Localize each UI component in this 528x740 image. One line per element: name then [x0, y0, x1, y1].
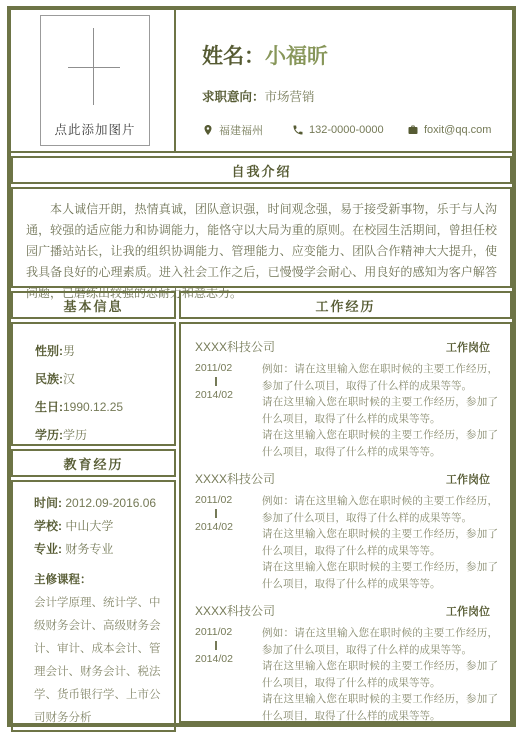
bottom-row: 基本信息 性别:男 民族:汉 生日:1990.12.25 学历:学历 [11, 291, 512, 723]
contact-phone: 132-0000-0000 [292, 124, 407, 136]
field-value: 汉 [63, 372, 75, 386]
basic-info-item: 民族:汉 [35, 365, 166, 393]
self-intro-title: 自我介绍 [11, 156, 512, 184]
field-value: 中山大学 [65, 519, 113, 533]
job-position: 工作岗位 [446, 339, 498, 355]
work-experience-title: 工作经历 [179, 291, 512, 319]
contact-row: 福建福州 132-0000-0000 foxit@qq.com [202, 122, 512, 138]
company-name: XXXX科技公司 [195, 602, 275, 619]
education-section: 时间: 2012.09-2016.06 学校: 中山大学 专业: 财务专业 主修… [11, 480, 176, 732]
header-info: 姓名：小福昕 求职意向：市场营销 福建福州 [176, 10, 512, 151]
job-description: 例如：请在这里输入您在职时候的主要工作经历，参加了什么项目，取得了什么样的成果等… [262, 493, 498, 592]
job-desc-paragraph: 例如：请在这里输入您在职时候的主要工作经历，参加了什么项目，取得了什么样的成果等… [262, 625, 498, 658]
basic-info-item: 性别:男 [35, 337, 166, 365]
field-label: 生日: [35, 400, 63, 414]
field-value: 男 [63, 344, 75, 358]
field-label: 专业: [34, 542, 62, 556]
courses-list: 会计学原理、统计学、中级财务会计、高级财务会计、审计、成本会计、管理会计、财务会… [34, 592, 162, 730]
field-label: 性别: [35, 344, 63, 358]
company-name: XXXX科技公司 [195, 338, 275, 355]
field-value: 1990.12.25 [63, 400, 123, 414]
work-entry-header: XXXX科技公司 工作岗位 [195, 470, 498, 487]
job-position: 工作岗位 [446, 471, 498, 487]
resume-page: 点此添加图片 姓名：小福昕 求职意向：市场营销 福建福州 [0, 0, 528, 740]
job-position: 工作岗位 [446, 603, 498, 619]
work-entry-header: XXXX科技公司 工作岗位 [195, 602, 498, 619]
photo-cell: 点此添加图片 [11, 10, 176, 151]
objective-value: 市场营销 [265, 90, 315, 104]
job-desc-paragraph: 请在这里输入您在职时候的主要工作经历，参加了什么项目，取得了什么样的成果等等。 [262, 658, 498, 691]
contact-email-text: foxit@qq.com [424, 124, 491, 136]
date-to: 2014/02 [195, 520, 247, 534]
name-label: 姓名： [202, 45, 265, 68]
job-description: 例如：请在这里输入您在职时候的主要工作经历，参加了什么项目，取得了什么样的成果等… [262, 361, 498, 460]
field-label: 时间: [34, 496, 62, 510]
field-label: 学校: [34, 519, 62, 533]
date-separator-icon [215, 509, 217, 518]
job-desc-paragraph: 请在这里输入您在职时候的主要工作经历，参加了什么项目，取得了什么样的成果等等。 [262, 394, 498, 427]
contact-phone-text: 132-0000-0000 [309, 124, 384, 136]
phone-icon [292, 124, 304, 136]
name-value: 小福昕 [265, 45, 328, 68]
date-from: 2011/02 [195, 493, 247, 507]
work-experience-section: XXXX科技公司 工作岗位 2011/02 2014/02 例如：请在这里输入您… [179, 322, 512, 723]
education-title: 教育经历 [11, 449, 176, 477]
job-desc-paragraph: 请在这里输入您在职时候的主要工作经历，参加了什么项目，取得了什么样的成果等等。 [262, 691, 498, 723]
courses-label: 主修课程： [34, 569, 162, 592]
job-desc-paragraph: 例如：请在这里输入您在职时候的主要工作经历，参加了什么项目，取得了什么样的成果等… [262, 361, 498, 394]
work-entry: XXXX科技公司 工作岗位 2011/02 2014/02 例如：请在这里输入您… [195, 602, 498, 723]
name-row: 姓名：小福昕 [202, 40, 512, 70]
work-entry-body: 2011/02 2014/02 例如：请在这里输入您在职时候的主要工作经历，参加… [195, 361, 498, 460]
work-entry-body: 2011/02 2014/02 例如：请在这里输入您在职时候的主要工作经历，参加… [195, 493, 498, 592]
header-section: 点此添加图片 姓名：小福昕 求职意向：市场营销 福建福州 [11, 10, 512, 153]
work-entry-header: XXXX科技公司 工作岗位 [195, 338, 498, 355]
location-icon [202, 124, 214, 136]
date-range: 2011/02 2014/02 [195, 361, 247, 460]
right-column: 工作经历 XXXX科技公司 工作岗位 2011/02 2014/02 [179, 291, 512, 723]
field-label: 民族: [35, 372, 63, 386]
basic-info-item: 学历:学历 [35, 421, 166, 449]
photo-upload-placeholder[interactable]: 点此添加图片 [40, 15, 150, 146]
date-to: 2014/02 [195, 652, 247, 666]
left-column: 基本信息 性别:男 民族:汉 生日:1990.12.25 学历:学历 [11, 291, 176, 723]
field-value: 财务专业 [65, 542, 113, 556]
field-label: 学历: [35, 428, 63, 442]
job-desc-paragraph: 请在这里输入您在职时候的主要工作经历，参加了什么项目，取得了什么样的成果等等。 [262, 559, 498, 592]
education-item: 时间: 2012.09-2016.06 [34, 492, 162, 515]
basic-info-item: 生日:1990.12.25 [35, 393, 166, 421]
job-desc-paragraph: 请在这里输入您在职时候的主要工作经历，参加了什么项目，取得了什么样的成果等等。 [262, 526, 498, 559]
self-intro-section: 本人诚信开朗，热情真诚，团队意识强，时间观念强，易于接受新事物，乐于与人沟通，较… [11, 187, 512, 288]
contact-location: 福建福州 [202, 122, 292, 138]
field-value: 学历 [63, 428, 87, 442]
date-from: 2011/02 [195, 625, 247, 639]
date-from: 2011/02 [195, 361, 247, 375]
date-range: 2011/02 2014/02 [195, 493, 247, 592]
briefcase-icon [407, 124, 419, 136]
contact-location-text: 福建福州 [219, 122, 263, 138]
plus-icon [68, 67, 120, 68]
date-separator-icon [215, 641, 217, 650]
work-entry-body: 2011/02 2014/02 例如：请在这里输入您在职时候的主要工作经历，参加… [195, 625, 498, 723]
field-value: 2012.09-2016.06 [65, 496, 156, 510]
job-description: 例如：请在这里输入您在职时候的主要工作经历，参加了什么项目，取得了什么样的成果等… [262, 625, 498, 723]
company-name: XXXX科技公司 [195, 470, 275, 487]
objective-label: 求职意向： [202, 90, 265, 104]
work-entry: XXXX科技公司 工作岗位 2011/02 2014/02 例如：请在这里输入您… [195, 470, 498, 592]
job-desc-paragraph: 例如：请在这里输入您在职时候的主要工作经历，参加了什么项目，取得了什么样的成果等… [262, 493, 498, 526]
photo-upload-label[interactable]: 点此添加图片 [41, 120, 149, 138]
date-to: 2014/02 [195, 388, 247, 402]
objective-row: 求职意向：市场营销 [202, 87, 512, 105]
date-range: 2011/02 2014/02 [195, 625, 247, 723]
education-item: 学校: 中山大学 [34, 515, 162, 538]
education-item: 专业: 财务专业 [34, 538, 162, 561]
resume-frame: 点此添加图片 姓名：小福昕 求职意向：市场营销 福建福州 [7, 6, 516, 727]
contact-email: foxit@qq.com [407, 124, 491, 136]
basic-info-title: 基本信息 [11, 291, 176, 319]
work-entry: XXXX科技公司 工作岗位 2011/02 2014/02 例如：请在这里输入您… [195, 338, 498, 460]
job-desc-paragraph: 请在这里输入您在职时候的主要工作经历，参加了什么项目，取得了什么样的成果等等。 [262, 427, 498, 460]
basic-info-section: 性别:男 民族:汉 生日:1990.12.25 学历:学历 [11, 322, 176, 446]
date-separator-icon [215, 377, 217, 386]
